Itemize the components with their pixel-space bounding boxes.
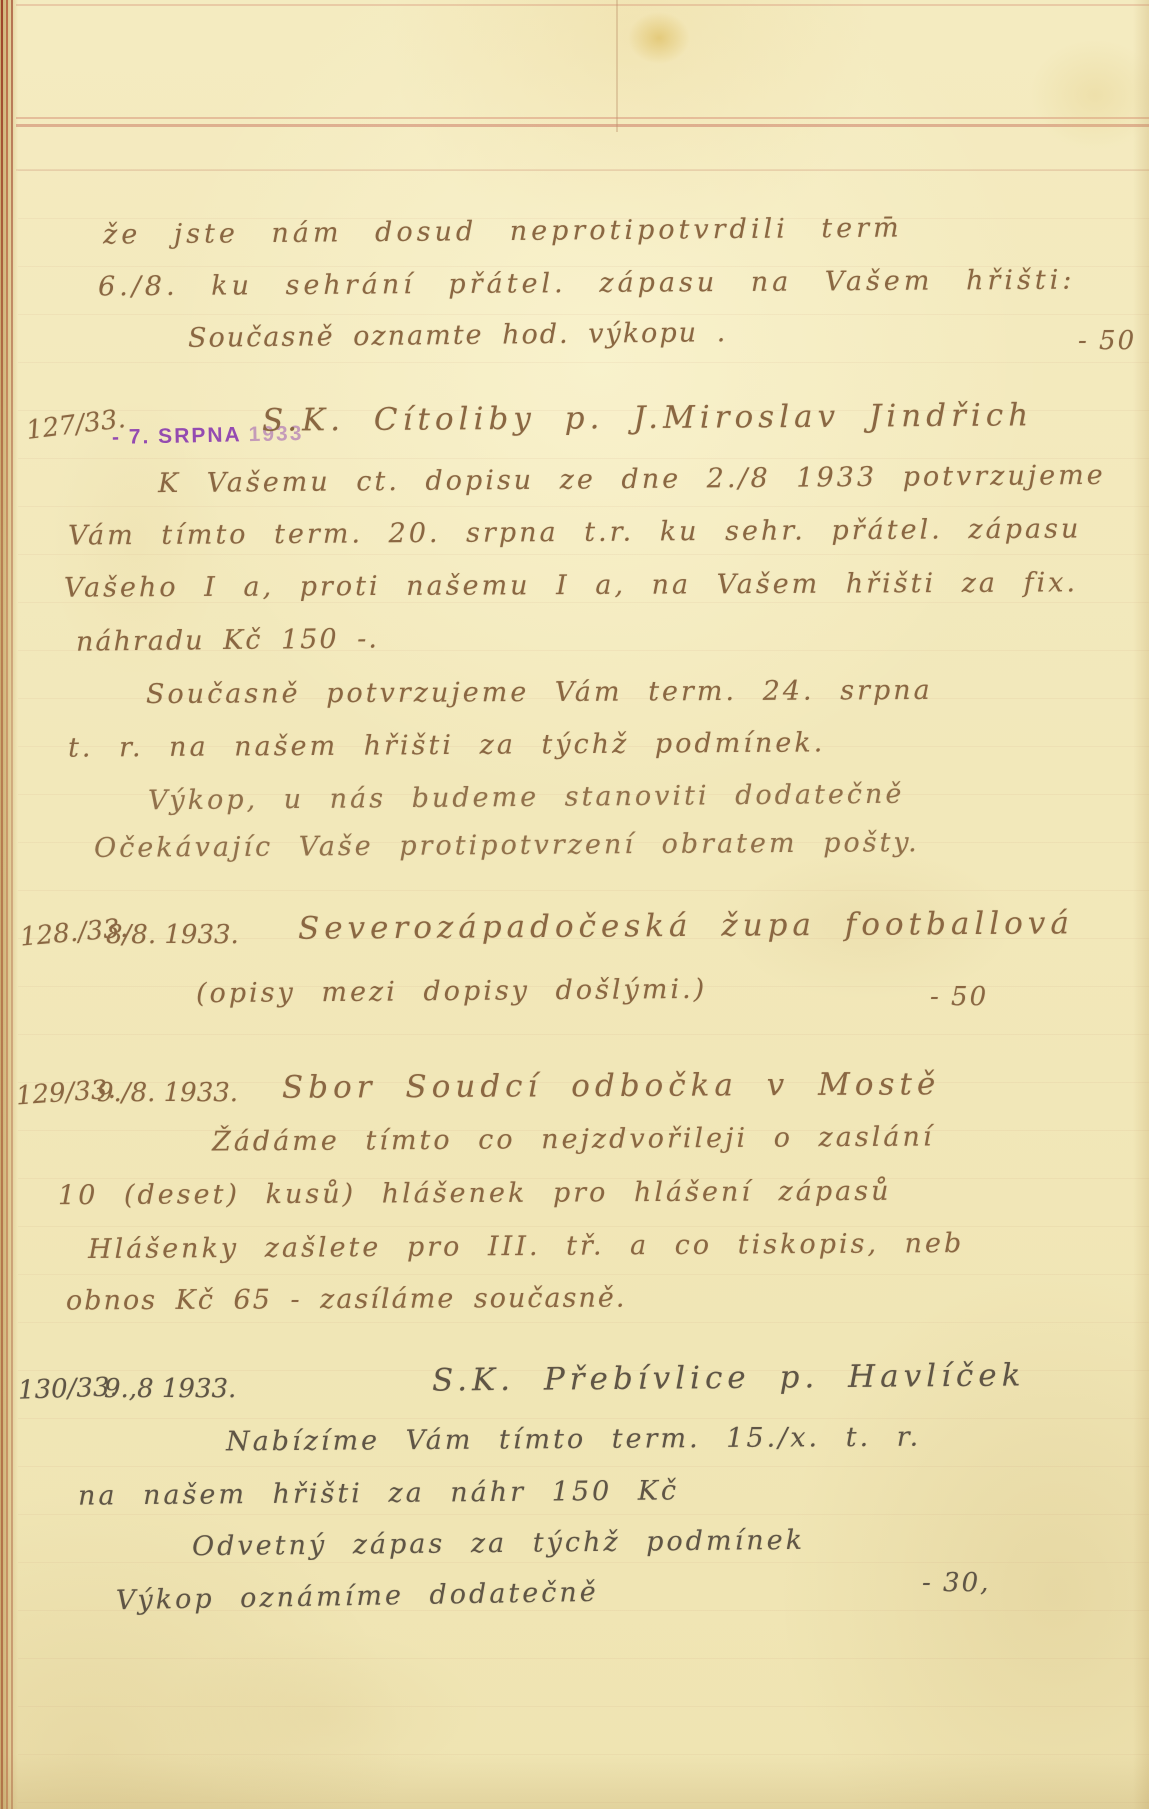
- entry-title: Severozápadočeská župa footballová: [298, 905, 1074, 946]
- paper-stain: [628, 12, 690, 64]
- entry-body-line: na našem hřišti za náhr 150 Kč: [78, 1475, 679, 1511]
- binding-red-line: [11, 0, 13, 1809]
- header-rule-lower: [16, 124, 1149, 127]
- bottom-edge-shadow: [0, 1754, 1149, 1809]
- entry-body-line: náhradu Kč 150 -.: [76, 623, 379, 657]
- entry-body-line: Odvetný zápas za týchž podmínek: [192, 1525, 805, 1562]
- entry-body-line: obnos Kč 65 - zasíláme současně.: [66, 1283, 627, 1317]
- header-rule-faint: [16, 169, 1149, 171]
- entry-body-line: t. r. na našem hřišti za týchž podmínek.: [68, 727, 825, 763]
- continuation-line: Současně oznamte hod. výkopu .: [188, 317, 727, 354]
- entry-date: 9./8. 1933.: [97, 1078, 238, 1108]
- entry-body-line: Očekávajíc Vaše protipotvrzení obratem p…: [94, 827, 920, 864]
- entry-body-line: 10 (deset) kusů) hlášenek pro hlášení zá…: [58, 1176, 892, 1211]
- stamp-day: - 7. SRPNA: [112, 423, 242, 449]
- entry-body-line: Vašeho I a, proti našemu I a, na Vašem h…: [64, 567, 1078, 603]
- binding-edge: [0, 0, 18, 1809]
- entry-date: 8/8. 1933.: [106, 920, 239, 950]
- binding-red-line: [1, 0, 3, 1809]
- entry-body-line: Současně potvrzujeme Vám term. 24. srpna: [146, 675, 933, 710]
- entry-body-line: Hlášenky zašlete pro III. tř. a co tisko…: [88, 1228, 964, 1265]
- continuation-line: 6./8. ku sehrání přátel. zápasu na Vašem…: [98, 265, 1076, 303]
- entry-body-line: Nabízíme Vám tímto term. 15./x. t. r.: [226, 1422, 921, 1458]
- fee-amount: - 50: [1078, 326, 1136, 356]
- fee-amount: - 30,: [922, 1568, 990, 1598]
- right-edge-shadow: [1133, 0, 1149, 1809]
- entry-body-line: Výkop oznámíme dodatečně: [116, 1577, 599, 1616]
- entry-title: S.K. Cítoliby p. J.Miroslav Jindřich: [262, 397, 1033, 438]
- entry-title: Sbor Soudcí odbočka v Mostě: [282, 1066, 940, 1105]
- paper-crease: [616, 0, 618, 132]
- entry-body-line: K Vašemu ct. dopisu ze dne 2./8 1933 pot…: [158, 460, 1106, 499]
- header-rule-upper: [16, 117, 1149, 119]
- top-edge-rule: [16, 4, 1149, 6]
- paper-stain: [1030, 40, 1149, 150]
- entry-body-line: Žádáme tímto co nejzdvořileji o zaslání: [212, 1121, 935, 1157]
- binding-red-line: [6, 0, 8, 1809]
- continuation-line: že jste nám dosud neprotipotvrdili term̄: [103, 213, 903, 251]
- entry-body-line: Výkop, u nás budeme stanoviti dodatečně: [148, 779, 905, 817]
- ledger-page: že jste nám dosud neprotipotvrdili term̄…: [0, 0, 1149, 1809]
- entry-date: 9.,8 1933.: [104, 1374, 236, 1404]
- entry-body-line: (opisy mezi dopisy došlými.): [196, 974, 707, 1009]
- entry-title: S.K. Přebívlice p. Havlíček: [432, 1357, 1026, 1398]
- fee-amount: - 50: [930, 982, 988, 1012]
- entry-body-line: Vám tímto term. 20. srpna t.r. ku sehr. …: [68, 513, 1081, 551]
